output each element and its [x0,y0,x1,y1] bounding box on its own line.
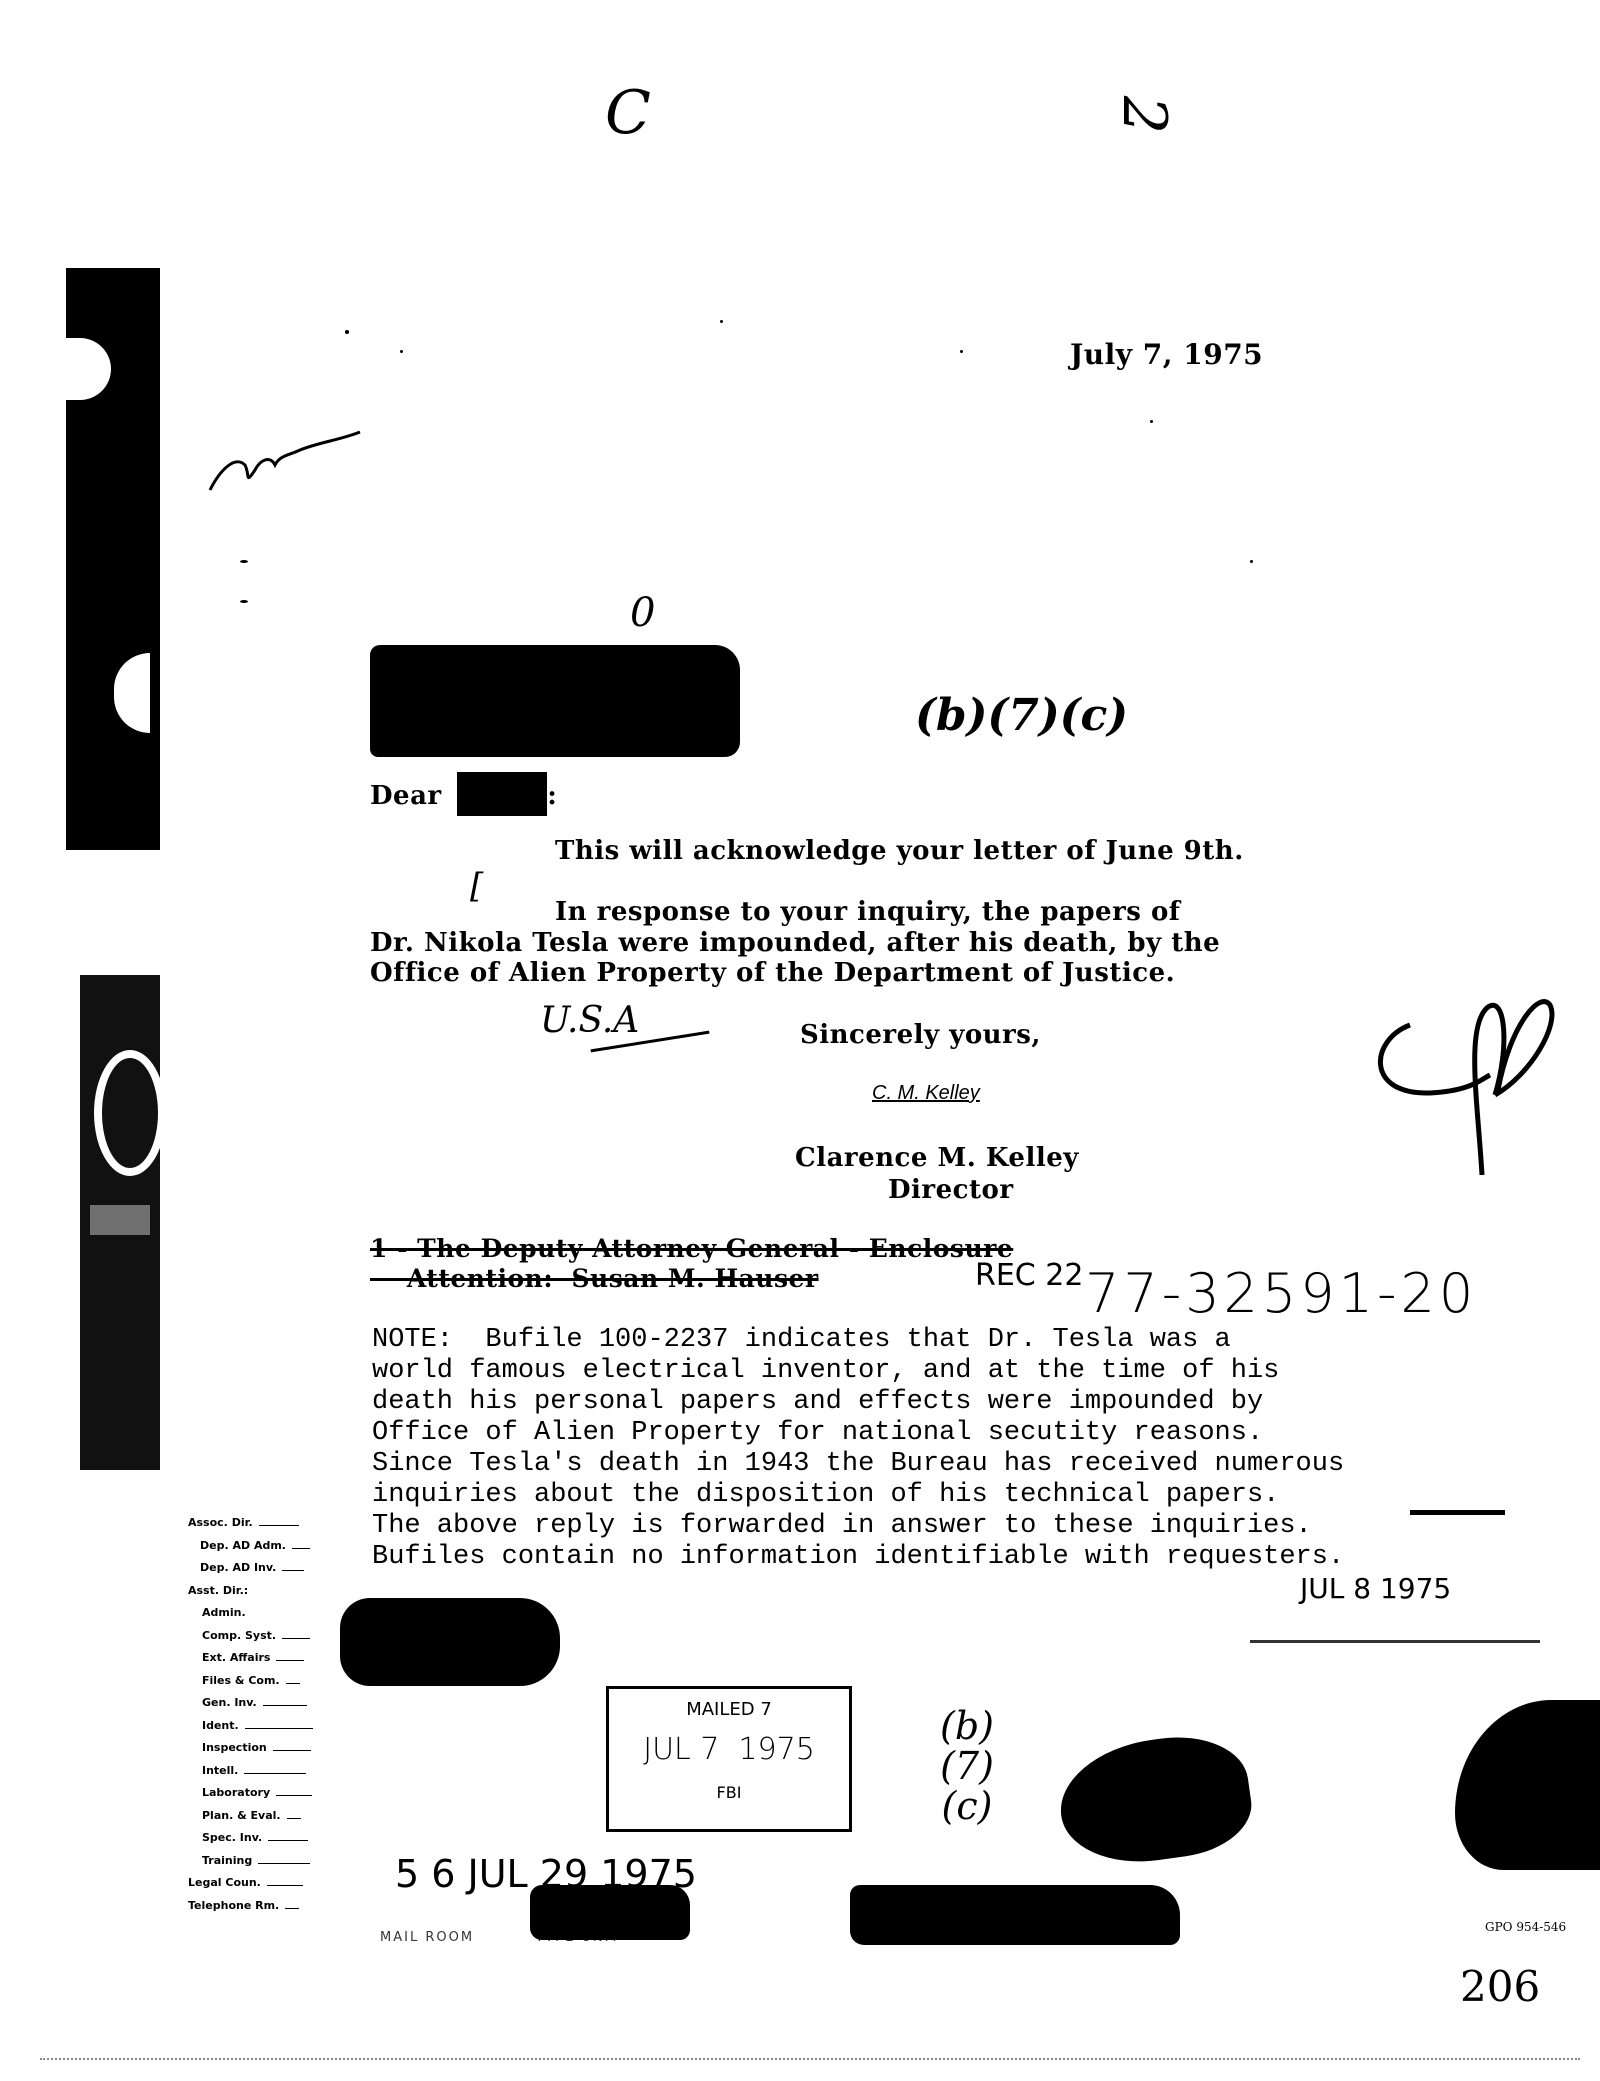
note-line: inquiries about the disposition of his t… [372,1480,1344,1511]
redaction-bottom-right-2 [1455,1700,1600,1870]
mailed-stamp-line3: FBI [609,1783,849,1802]
redaction-bottom-right-3 [850,1885,1180,1945]
scan-artifact-top [66,268,160,850]
note-block: NOTE: Bufile 100-2237 indicates that Dr.… [372,1325,1344,1573]
body-paragraph-2-line-1: In response to your inquiry, the papers … [555,897,1181,927]
exemption-mark-bottom: (b) (7) (c) [940,1706,994,1826]
routing-item: Spec. Inv. [188,1827,313,1850]
gpo-code: GPO 954-546 [1485,1920,1566,1934]
scan-speck [240,600,248,603]
routing-item: Legal Coun. [188,1872,313,1895]
received-stamp: JUL 8 1975 [1300,1572,1451,1605]
routing-list: Assoc. Dir. Dep. AD Adm. Dep. AD Inv. As… [188,1512,313,1917]
margin-scribble [200,410,370,510]
note-line: Office of Alien Property for national se… [372,1418,1344,1449]
page-bottom-edge [40,2058,1580,2060]
margin-bracket-mark: [ [470,866,483,906]
page-number: 206 [1460,1962,1540,2011]
body-paragraph-1: This will acknowledge your letter of Jun… [555,836,1244,866]
routing-item: Ident. [188,1715,313,1738]
redaction-recipient-address [370,645,740,757]
enclosure-line-2: Attention: Susan M. Hauser [370,1264,819,1293]
routing-item: Dep. AD Inv. [188,1557,313,1580]
body-paragraph-2-line-2: Dr. Nikola Tesla were impounded, after h… [370,928,1220,958]
redaction-bottom-right-1 [1053,1727,1258,1872]
routing-item: Assoc. Dir. [188,1512,313,1535]
routing-item: Gen. Inv. [188,1692,313,1715]
signer-title: Director [888,1175,1014,1205]
redaction-mark: 0 [630,590,655,636]
underline-mark [1410,1510,1505,1515]
routing-item: Training [188,1850,313,1873]
salutation: Dear : [370,772,557,816]
scan-speck [1250,560,1253,563]
scan-speck [400,350,403,353]
scan-speck [720,320,723,323]
salutation-word: Dear [370,781,442,811]
handwritten-usa: U.S.A [540,1000,639,1041]
note-line: The above reply is forwarded in answer t… [372,1511,1344,1542]
rec-stamp: REC 22 [975,1258,1083,1293]
note-line: NOTE: Bufile 100-2237 indicates that Dr.… [372,1325,1344,1356]
bottom-line-fragment: MAIL ROOM TYPE UNIT [380,1930,620,1945]
routing-item: Comp. Syst. [188,1625,313,1648]
routing-item: Plan. & Eval. [188,1805,313,1828]
routing-item: Telephone Rm. [188,1895,313,1918]
routing-item: Laboratory [188,1782,313,1805]
note-line: world famous electrical inventor, and at… [372,1356,1344,1387]
exemption-mark-top: (b)(7)(c) [915,690,1128,741]
scan-speck [1150,420,1153,423]
enclosure-line-1: 1 - The Deputy Attorney General - Enclos… [370,1234,1013,1263]
routing-item: Admin. [188,1602,313,1625]
initials-mark [1370,985,1570,1175]
scan-artifact-bottom [80,975,160,1470]
routing-item: Ext. Affairs [188,1647,313,1670]
note-line: Since Tesla's death in 1943 the Bureau h… [372,1449,1344,1480]
routing-item: Dep. AD Adm. [188,1535,313,1558]
signature: C. M. Kelley [872,1082,980,1105]
mailed-stamp-line2: JUL 7 1975 [609,1732,849,1767]
body-paragraph-2-line-3: Office of Alien Property of the Departme… [370,958,1175,988]
note-line: death his personal papers and effects we… [372,1387,1344,1418]
file-number: 77-32591-20 [1085,1262,1477,1325]
scan-speck [240,560,248,563]
signer-name: Clarence M. Kelley [795,1143,1079,1173]
scan-speck [345,330,349,334]
routing-item: Intell. [188,1760,313,1783]
scan-speck [960,350,963,353]
letter-date: July 7, 1975 [1070,338,1263,371]
mailed-stamp-line1: MAILED 7 [609,1699,849,1720]
routing-item: Inspection [188,1737,313,1760]
closing: Sincerely yours, [800,1020,1041,1050]
stamp-divider [1250,1640,1540,1643]
top-mark-2: 2 [1109,96,1179,134]
routing-item: Asst. Dir.: [188,1580,313,1603]
routing-item: Files & Com. [188,1670,313,1693]
top-mark-c: C [605,78,651,148]
redaction-routing-initials [340,1598,560,1686]
mailed-stamp: MAILED 7 JUL 7 1975 FBI [606,1686,852,1832]
note-line: Bufiles contain no information identifia… [372,1542,1344,1573]
salutation-punct: : [547,781,557,811]
redaction-recipient-name [457,772,547,816]
